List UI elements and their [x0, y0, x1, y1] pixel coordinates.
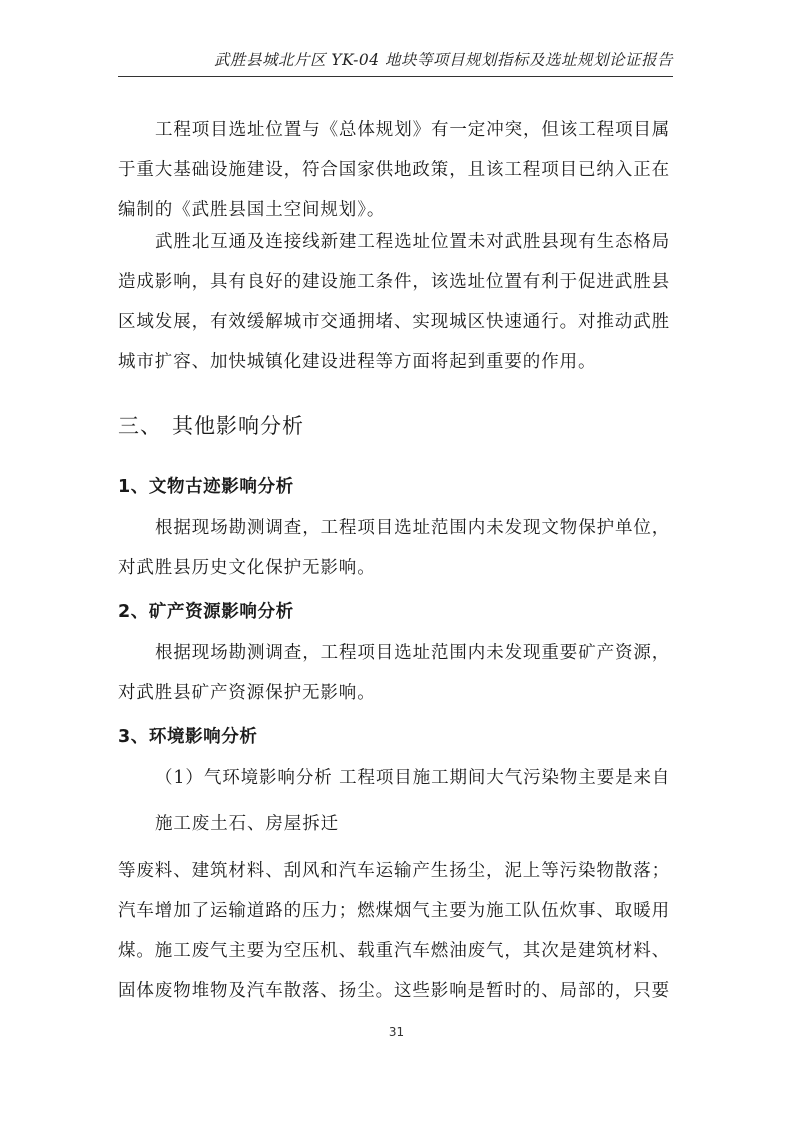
subsection-heading-2: 2、矿产资源影响分析 [118, 598, 294, 623]
running-header: 武胜县城北片区 YK-04 地块等项目规划指标及选址规划论证报告 [118, 48, 673, 70]
page-number: 31 [0, 1025, 793, 1039]
section-title: 其他影响分析 [172, 414, 304, 438]
section-heading: 三、其他影响分析 [118, 410, 304, 440]
header-divider [118, 76, 673, 77]
subsection-2-text: 根据现场勘测调查，工程项目选址范围内未发现重要矿产资源，对武胜县矿产资源保护无影… [118, 633, 678, 713]
env-item-1-line-2: 施工废土石、房屋拆迁 [155, 804, 685, 844]
body-paragraph-2: 武胜北互通及连接线新建工程选址位置未对武胜县现有生态格局造成影响，具有良好的建设… [118, 222, 678, 382]
section-number: 三、 [118, 410, 172, 440]
body-paragraph-1: 工程项目选址位置与《总体规划》有一定冲突，但该工程项目属于重大基础设施建设，符合… [118, 110, 678, 230]
subsection-heading-1: 1、文物古迹影响分析 [118, 473, 294, 498]
env-item-1-line-1: （1）气环境影响分析 工程项目施工期间大气污染物主要是来自 [155, 758, 685, 798]
subsection-1-text: 根据现场勘测调查，工程项目选址范围内未发现文物保护单位，对武胜县历史文化保护无影… [118, 508, 678, 588]
subsection-heading-3: 3、环境影响分析 [118, 723, 257, 748]
env-item-1-continuation: 等废料、建筑材料、刮风和汽车运输产生扬尘，泥上等污染物散落；汽车增加了运输道路的… [118, 851, 678, 1011]
